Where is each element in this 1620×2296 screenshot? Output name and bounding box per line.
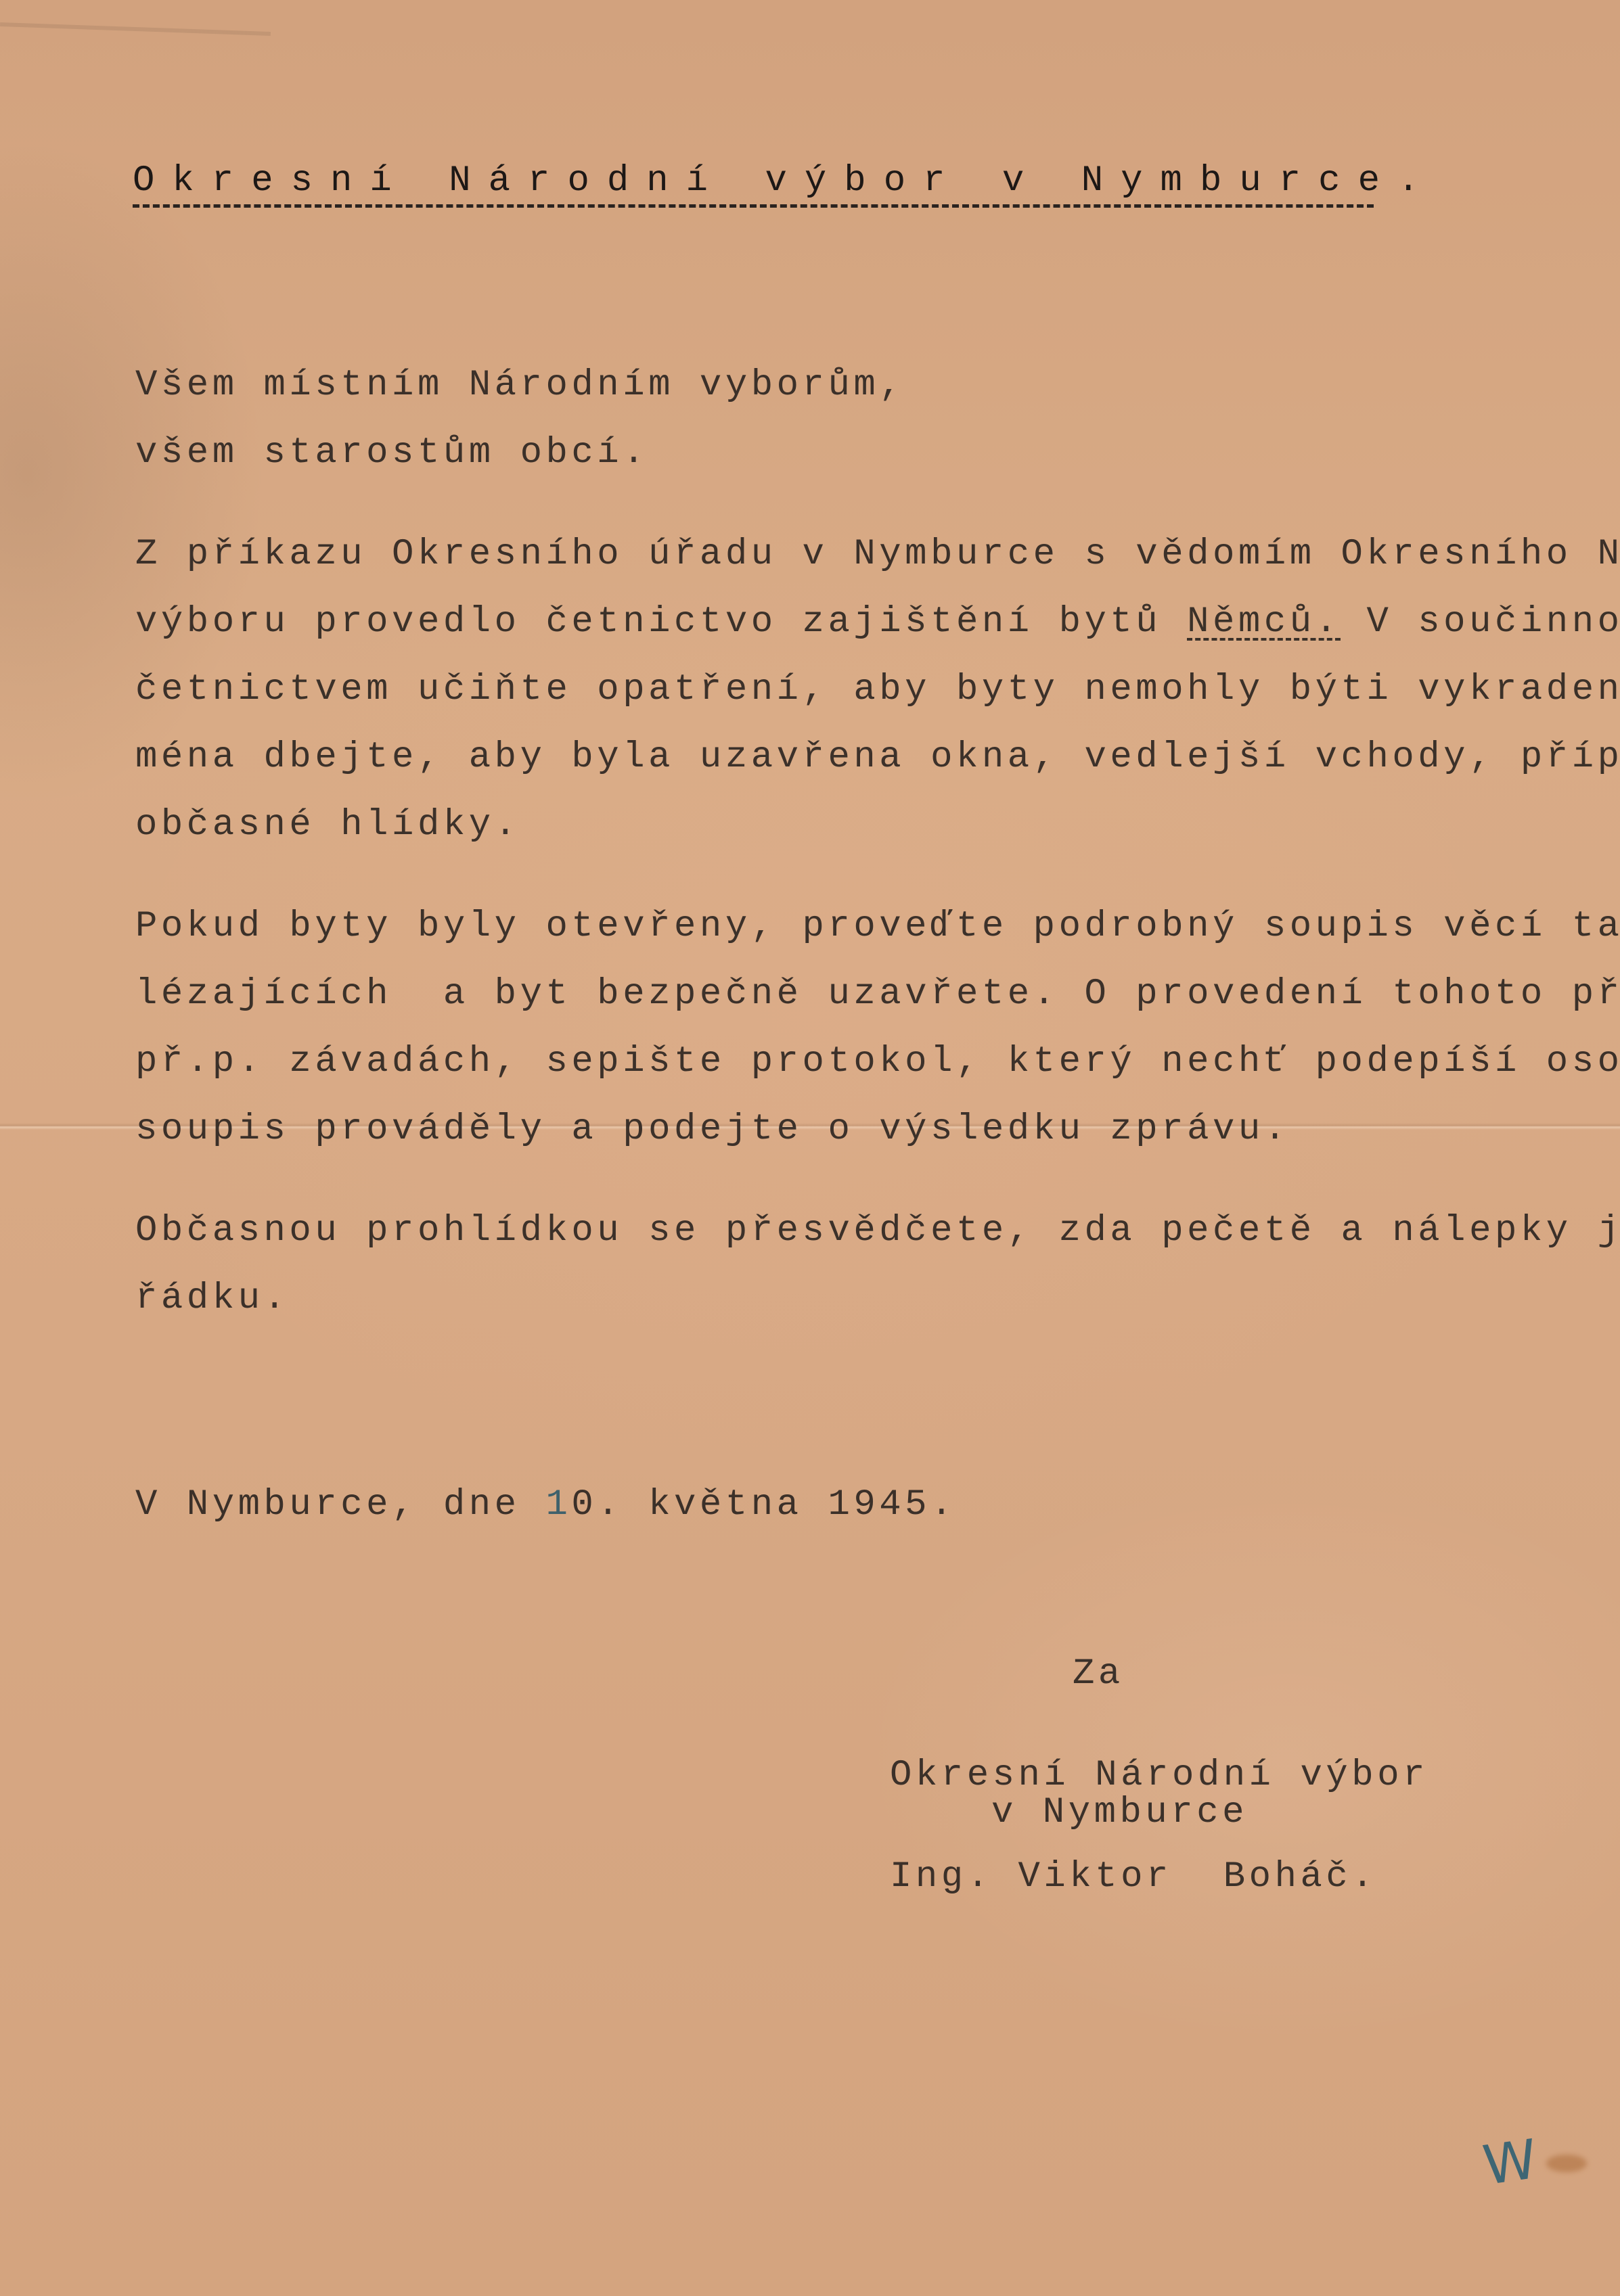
paragraph-1-line-3: četnictvem učiňte opatření, aby byty nem…	[135, 670, 1620, 710]
salutation-line-2: všem starostům obcí.	[135, 433, 648, 474]
paragraph-2-line-1: Pokud byty byly otevřeny, proveďte podro…	[135, 906, 1620, 947]
paragraph-2-line-4: soupis prováděly a podejte o výsledku zp…	[135, 1109, 1290, 1150]
handwritten-day-digit: 1	[545, 1484, 571, 1525]
paragraph-1-line-2: výboru provedlo četnictvo zajištění bytů…	[135, 602, 1620, 643]
heading-underline	[133, 204, 1374, 208]
signatory-name: Ing. Viktor Boháč.	[890, 1857, 1377, 1898]
pencil-annotation: W	[1479, 2128, 1541, 2197]
date-prefix: V Nymburce, dne	[135, 1484, 545, 1525]
paragraph-1-line-5: občasné hlídky.	[135, 805, 520, 846]
closing-org-line-2: v Nymburce	[991, 1793, 1248, 1833]
closing-org-line-1: Okresní Národní výbor	[890, 1755, 1428, 1796]
date-rest: 0. května 1945.	[571, 1484, 956, 1525]
date-line: V Nymburce, dne 10. května 1945.	[135, 1485, 956, 1525]
paragraph-1-line-4: ména dbejte, aby byla uzavřena okna, ved…	[135, 737, 1620, 778]
paragraph-1-line-1: Z příkazu Okresního úřadu v Nymburce s v…	[135, 534, 1620, 575]
paragraph-3-line-1: Občasnou prohlídkou se přesvědčete, zda …	[135, 1211, 1620, 1252]
paragraph-1-line-2-text: výboru provedlo četnictvo zajištění bytů	[135, 601, 1187, 643]
salutation-line-1: Všem místním Národním vyborům,	[135, 365, 905, 406]
paragraph-1-line-2-tail: V součinnosti s	[1341, 601, 1620, 643]
paper-stain	[1546, 2155, 1587, 2172]
paragraph-3-line-2: řádku.	[135, 1279, 289, 1319]
document-heading: Okresní Národní výbor v Nymburce.	[133, 161, 1437, 202]
paragraph-2-line-3: př.p. závadách, sepište protokol, který …	[135, 1042, 1620, 1082]
paragraph-2-line-2: lézajících a byt bezpečně uzavřete. O pr…	[135, 974, 1620, 1015]
underlined-word-nemcu: Němců.	[1187, 601, 1341, 643]
closing-za: Za	[1073, 1654, 1124, 1695]
